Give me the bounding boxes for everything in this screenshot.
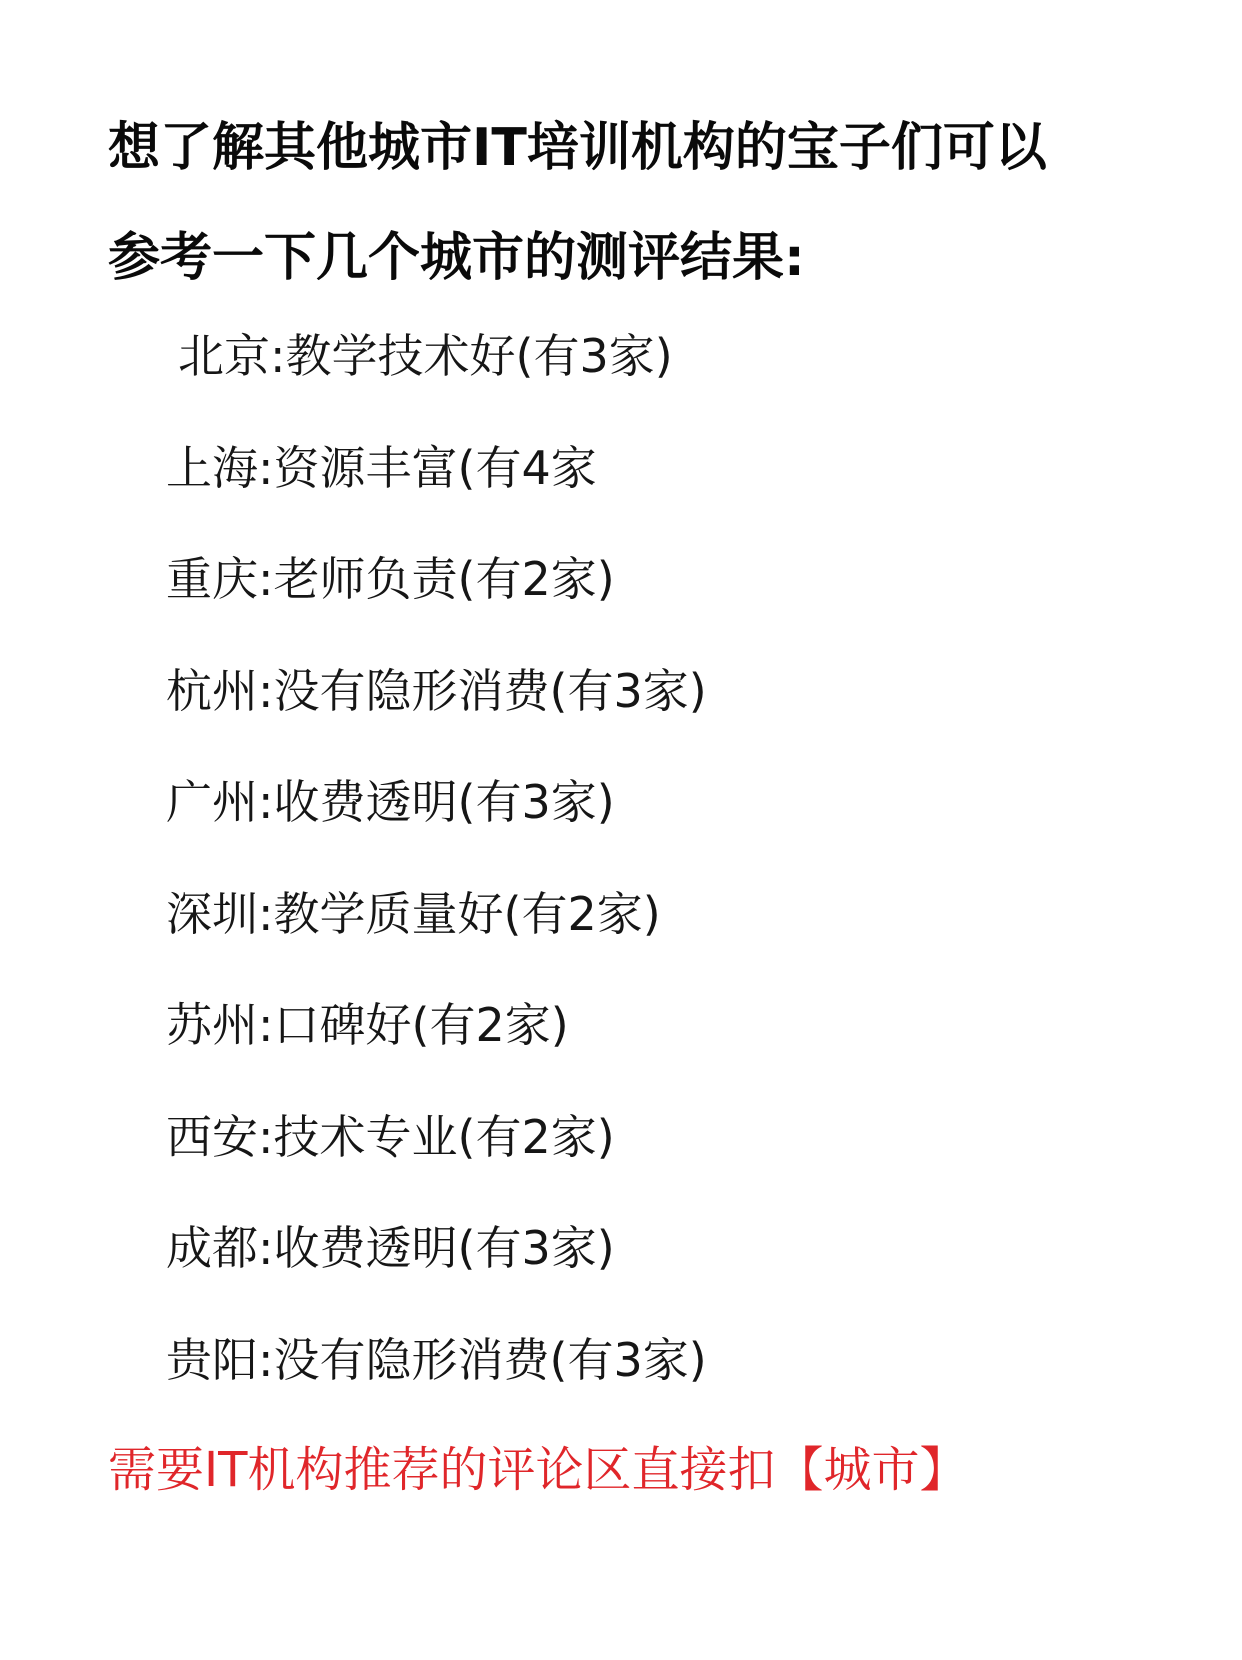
title-line-1: 想了解其他城市IT培训机构的宝子们可以 <box>108 118 1047 178</box>
city-item-chongqing: 重庆:老师负责(有2家) <box>166 549 707 661</box>
city-item-hangzhou: 杭州:没有隐形消费(有3家) <box>166 661 707 773</box>
city-item-guiyang: 贵阳:没有隐形消费(有3家) <box>166 1330 707 1442</box>
city-review-list: 北京:教学技术好(有3家) 上海:资源丰富(有4家 重庆:老师负责(有2家) 杭… <box>166 326 707 1441</box>
city-item-guangzhou: 广州:收费透明(有3家) <box>166 772 707 884</box>
city-item-shanghai: 上海:资源丰富(有4家 <box>166 438 707 550</box>
city-item-chengdu: 成都:收费透明(有3家) <box>166 1218 707 1330</box>
city-item-shenzhen: 深圳:教学质量好(有2家) <box>166 884 707 996</box>
city-item-beijing: 北京:教学技术好(有3家) <box>166 326 707 438</box>
comment-call-to-action: 需要IT机构推荐的评论区直接扣【城市】 <box>108 1440 967 1500</box>
city-item-suzhou: 苏州:口碑好(有2家) <box>166 995 707 1107</box>
title-line-2: 参考一下几个城市的测评结果: <box>108 228 805 288</box>
city-item-xian: 西安:技术专业(有2家) <box>166 1107 707 1219</box>
